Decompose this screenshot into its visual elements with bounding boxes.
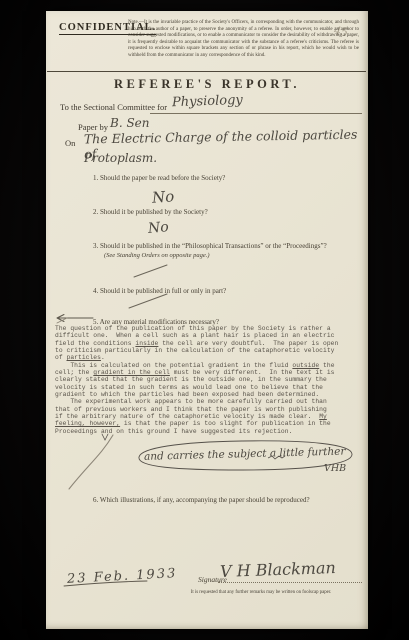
- q4-answer-stroke: [129, 294, 167, 308]
- handwritten-insertion: and carries the subject a little further: [144, 445, 359, 463]
- signature-value: V H Blackman: [220, 558, 336, 581]
- question-1-number: 1.: [93, 174, 98, 182]
- question-6: 6. Which illustrations, if any, accompan…: [93, 496, 310, 504]
- question-2: 2. Should it be published by the Society…: [93, 208, 208, 216]
- q3-answer-stroke: [134, 265, 167, 277]
- question-1-answer: No: [151, 187, 174, 207]
- question-1: 1. Should the paper be read before the S…: [93, 174, 225, 182]
- question-2-number: 2.: [93, 208, 98, 216]
- on-label: On: [65, 138, 75, 148]
- paper-by-value: B. Sen: [110, 116, 150, 130]
- header-divider: [47, 71, 366, 72]
- committee-fill-line: [150, 112, 362, 114]
- pencil-curve: [69, 435, 113, 489]
- referee-report-page: 45 CONFIDENTIAL. Note.—It is the invaria…: [46, 11, 368, 629]
- question-3: 3. Should it be published in the “Philos…: [93, 242, 355, 250]
- committee-value: Physiology: [172, 93, 243, 110]
- question-3-text: Should it be published in the “Philosoph…: [100, 242, 327, 250]
- footer-fine-print: It is requested that any further remarks…: [156, 590, 366, 595]
- paper-title-line2: Protoplasm.: [84, 151, 157, 165]
- reviewer-initials: VHB: [324, 463, 346, 474]
- question-2-text: Should it be published by the Society?: [100, 208, 208, 216]
- signature-fill-line: [218, 582, 362, 583]
- question-1-text: Should the paper be read before the Soci…: [100, 174, 225, 182]
- question-3-number: 3.: [93, 242, 98, 250]
- question-6-text: Which illustrations, if any, accompanyin…: [100, 496, 310, 504]
- confidential-note: Note.—It is the invariable practice of t…: [128, 20, 359, 60]
- question-4: 4. Should it be published in full or onl…: [93, 287, 226, 295]
- question-3-note: (See Standing Orders on opposite page.): [104, 252, 210, 259]
- question-6-number: 6.: [93, 496, 98, 504]
- pencil-tick: [57, 318, 67, 323]
- q5-margin-arrow: [57, 315, 93, 322]
- committee-label: To the Sectional Committee for: [60, 102, 167, 112]
- date-value: 23 Feb. 1933: [67, 566, 178, 587]
- typed-response: The question of the publication of this …: [55, 325, 363, 435]
- question-2-answer: No: [147, 219, 169, 237]
- report-title: REFEREE'S REPORT.: [46, 77, 368, 92]
- question-4-number: 4.: [93, 287, 98, 295]
- question-4-text: Should it be published in full or only i…: [100, 287, 226, 295]
